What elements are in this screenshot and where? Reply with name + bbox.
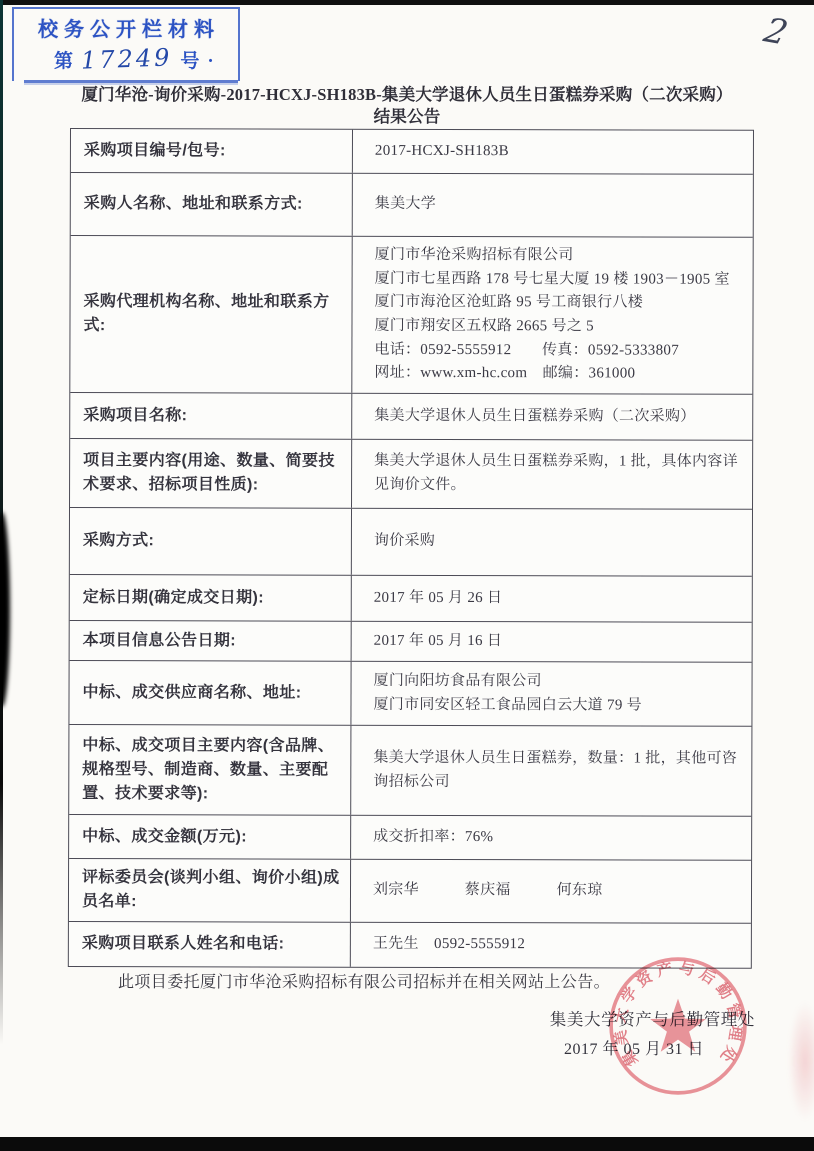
row-label: 定标日期(确定成交日期): [70,575,352,621]
row-label: 采购方式: [70,508,352,575]
scan-edge-bottom [0,1137,814,1151]
row-value: 集美大学退休人员生日蛋糕券采购（二次采购） [352,394,752,440]
row-value: 集美大学退休人员生日蛋糕券采购，1 批，具体内容详见询价文件。 [352,440,752,509]
value-line: 厦门市同安区轻工食品园白云大道 79 号 [373,693,739,718]
row-value: 2017 年 05 月 16 日 [352,622,752,662]
row-label: 项目主要内容(用途、数量、简要技术要求、招标项目性质): [70,439,352,508]
value-line: 刘宗华 蔡庆福 何东琼 [373,879,739,904]
table-row: 采购人名称、地址和联系方式:集美大学 [71,173,753,238]
row-label: 采购项目联系人姓名和电话: [69,922,351,967]
document-title-line1: 厦门华沧-询价采购-2017-HCXJ-SH183B-集美大学退休人员生日蛋糕券… [0,84,814,106]
value-line: 厦门市海沧区沧虹路 95 号工商银行八楼 [375,291,741,316]
table-row: 中标、成交金额(万元):成交折扣率：76% [69,815,751,861]
table-row: 采购项目编号/包号:2017-HCXJ-SH183B [71,129,753,175]
registry-stamp-number-line: 第 17249 号 · [14,45,238,73]
value-line: 电话：0592-5555912 传真：0592-5333807 [374,339,740,364]
registry-stamp-suffix: 号 [180,46,199,73]
document-title: 厦门华沧-询价采购-2017-HCXJ-SH183B-集美大学退休人员生日蛋糕券… [0,84,814,128]
row-value: 2017-HCXJ-SH183B [353,130,753,174]
row-value: 询价采购 [352,509,752,576]
scan-shadow-blob [0,512,10,707]
table-row: 项目主要内容(用途、数量、简要技术要求、招标项目性质):集美大学退休人员生日蛋糕… [70,439,752,510]
value-line: 集美大学退休人员生日蛋糕券采购（二次采购） [374,405,740,430]
row-label: 评标委员会(谈判小组、询价小组)成员名单: [69,859,351,922]
scan-edge-top [0,0,814,5]
table-row: 定标日期(确定成交日期):2017 年 05 月 26 日 [70,575,752,623]
registry-stamp-period: · [207,51,213,73]
closing-note: 此项目委托厦门市华沧采购招标有限公司招标并在相关网站上公告。 [118,969,610,992]
value-line: 2017 年 05 月 26 日 [374,587,740,612]
value-line: 集美大学 [375,193,741,218]
table-row: 中标、成交项目主要内容(含品牌、规格型号、制造商、数量、主要配置、技术要求等):… [69,725,751,817]
table-row: 中标、成交供应商名称、地址:厦门向阳坊食品有限公司厦门市同安区轻工食品园白云大道… [69,661,751,727]
table-row: 采购方式:询价采购 [70,508,752,577]
row-value: 厦门向阳坊食品有限公司厦门市同安区轻工食品园白云大道 79 号 [351,662,751,726]
row-label: 采购项目编号/包号: [71,129,353,173]
scanned-document-page: 校务公开栏材料 第 17249 号 · 2 厦门华沧-询价采购-2017-HCX… [0,0,814,1151]
row-label: 采购项目名称: [70,393,352,439]
row-value: 2017 年 05 月 26 日 [352,576,752,622]
handwritten-page-number: 2 [760,11,792,53]
table-row: 评标委员会(谈判小组、询价小组)成员名单:刘宗华 蔡庆福 何东琼 [69,859,751,924]
value-line: 集美大学退休人员生日蛋糕券采购，1 批，具体内容详见询价文件。 [374,450,740,498]
row-label: 中标、成交供应商名称、地址: [69,661,351,725]
value-line: 厦门市华沧采购招标有限公司 [375,244,741,269]
row-value: 成交折扣率：76% [351,816,751,860]
registry-stamp-prefix: 第 [54,46,73,73]
row-label: 本项目信息公告日期: [70,621,352,661]
row-label: 采购代理机构名称、地址和联系方式: [70,236,352,393]
official-seal: 集美大学资产与后勤管理处 [602,950,754,1102]
seal-ink-smudge [788,1001,814,1121]
value-line: 询价采购 [374,530,740,555]
table-row: 采购代理机构名称、地址和联系方式:厦门市华沧采购招标有限公司厦门市七星西路 17… [70,236,752,395]
signature-date: 2017 年 05 月 31 日 [0,1036,704,1059]
value-line: 网址：www.xm-hc.com 邮编：361000 [374,362,740,387]
row-label: 中标、成交项目主要内容(含品牌、规格型号、制造商、数量、主要配置、技术要求等): [69,725,351,815]
value-line: 厦门向阳坊食品有限公司 [374,670,740,695]
star-icon [650,999,706,1052]
row-value: 集美大学退休人员生日蛋糕券，数量：1 批，其他可咨询招标公司 [351,726,751,816]
row-value: 集美大学 [353,174,753,237]
table-row: 本项目信息公告日期:2017 年 05 月 16 日 [70,621,752,663]
registry-stamp-number: 17249 [81,43,173,74]
value-line: 厦门市翔安区五权路 2665 号之 5 [374,315,740,340]
row-value: 厦门市华沧采购招标有限公司厦门市七星西路 178 号七星大厦 19 楼 1903… [352,237,752,394]
value-line: 2017 年 05 月 16 日 [374,630,740,655]
row-value: 刘宗华 蔡庆福 何东琼 [351,860,751,923]
document-title-line2: 结果公告 [0,106,814,128]
value-line: 厦门市七星西路 178 号七星大厦 19 楼 1903－1905 室 [375,267,741,292]
registry-stamp-title: 校务公开栏材料 [14,13,238,42]
result-table: 采购项目编号/包号:2017-HCXJ-SH183B采购人名称、地址和联系方式:… [68,128,754,969]
registry-stamp: 校务公开栏材料 第 17249 号 · [12,7,240,81]
row-label: 中标、成交金额(万元): [69,815,351,859]
value-line: 成交折扣率：76% [373,826,739,851]
row-label: 采购人名称、地址和联系方式: [71,173,353,236]
registry-stamp-underline [24,80,238,83]
value-line: 集美大学退休人员生日蛋糕券，数量：1 批，其他可咨询招标公司 [373,747,739,795]
table-row: 采购项目名称:集美大学退休人员生日蛋糕券采购（二次采购） [70,393,752,441]
value-line: 2017-HCXJ-SH183B [375,139,741,164]
